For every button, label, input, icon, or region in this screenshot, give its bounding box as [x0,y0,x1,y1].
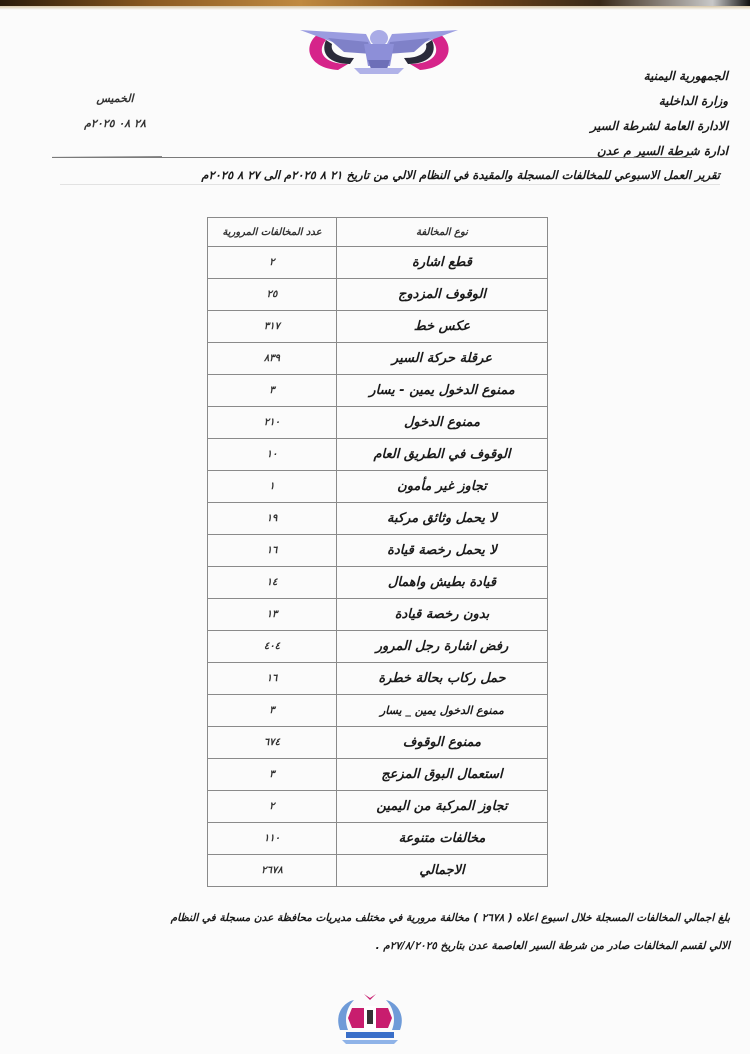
scan-edge-fade [0,6,750,10]
traffic-police-logo-icon [330,990,410,1046]
report-title: تقرير العمل الاسبوعي للمخالفات المسجلة و… [60,166,720,185]
violation-type: قطع اشارة [336,247,547,279]
violation-type: ممنوع الوقوف [336,727,547,759]
violation-count: ١٦ [208,535,337,567]
table-row: ممنوع الدخول٢١٠ [208,407,548,439]
violation-count: ٤٠٤ [208,631,337,663]
table-row: قطع اشارة٢ [208,247,548,279]
summary-line-1: بلغ اجمالي المخالفات المسجلة خلال اسبوع … [30,904,730,932]
issuer-ministry: وزارة الداخلية [508,89,728,114]
table-row: الوقوف في الطريق العام١٠ [208,439,548,471]
table-row: عرقلة حركة السير٨٣٩ [208,343,548,375]
violations-table: نوع المخالفة عدد المخالفات المرورية قطع … [207,217,548,887]
violation-type: مخالفات متنوعة [336,823,547,855]
violation-count: ٢١٠ [208,407,337,439]
table-row: استعمال البوق المزعج٣ [208,759,548,791]
column-header-type: نوع المخالفة [336,218,547,247]
violation-count: ١٩ [208,503,337,535]
table-row: الوقوف المزدوج٢٥ [208,279,548,311]
violation-type: لا يحمل وثائق مركبة [336,503,547,535]
issuer-country: الجمهورية اليمنية [508,64,728,89]
violation-count: ٣ [208,759,337,791]
table-row: تجاوز المركبة من اليمين٢ [208,791,548,823]
violation-count: ١٦ [208,663,337,695]
date-label: ٢٨ ٠٨ ٢٠٢٥م [60,111,170,136]
eagle-emblem-icon [298,24,460,76]
issuer-branch: ادارة شرطة السير م عدن [508,139,728,164]
issuer-department: الادارة العامة لشرطة السير [508,114,728,139]
table-row: قيادة بطيش واهمال١٤ [208,567,548,599]
day-label: الخميس [60,86,170,111]
table-row: لا يحمل وثائق مركبة١٩ [208,503,548,535]
violation-count: ٢ [208,791,337,823]
violation-count: ٦٧٤ [208,727,337,759]
violation-type: رفض اشارة رجل المرور [336,631,547,663]
violation-type: عكس خط [336,311,547,343]
violation-count: ٢ [208,247,337,279]
violation-count: ١١٠ [208,823,337,855]
violation-type: ممنوع الدخول يمين _ يسار [336,695,547,727]
violation-type: بدون رخصة قيادة [336,599,547,631]
table-row: حمل ركاب بحالة خطرة١٦ [208,663,548,695]
violation-count: ٢٥ [208,279,337,311]
table-row: مخالفات متنوعة١١٠ [208,823,548,855]
table-row: ممنوع الدخول يمين _ يسار٣ [208,695,548,727]
summary-line-2: الالي لقسم المخالفات صادر من شرطة السير … [30,932,730,960]
violation-count: ١٠ [208,439,337,471]
table-row: تجاوز غير مأمون١ [208,471,548,503]
violation-type: تجاوز غير مأمون [336,471,547,503]
table-row: رفض اشارة رجل المرور٤٠٤ [208,631,548,663]
violation-type: ممنوع الدخول يمين - يسار [336,375,547,407]
table-row: بدون رخصة قيادة١٣ [208,599,548,631]
violation-count: ١ [208,471,337,503]
violation-type: تجاوز المركبة من اليمين [336,791,547,823]
table-row: عكس خط٣١٧ [208,311,548,343]
violation-count: ٨٣٩ [208,343,337,375]
violation-count: ١٤ [208,567,337,599]
total-count: ٢٦٧٨ [208,855,337,887]
total-label: الاجمالي [336,855,547,887]
violation-count: ٣ [208,695,337,727]
table-row: ممنوع الدخول يمين - يسار٣ [208,375,548,407]
column-header-count: عدد المخالفات المرورية [208,218,337,247]
issuer-block: الجمهورية اليمنية وزارة الداخلية الادارة… [508,64,728,164]
table-total-row: الاجمالي٢٦٧٨ [208,855,548,887]
header-divider [52,157,692,158]
summary-paragraph: بلغ اجمالي المخالفات المسجلة خلال اسبوع … [30,904,730,960]
violation-count: ٣١٧ [208,311,337,343]
violation-type: عرقلة حركة السير [336,343,547,375]
violation-type: حمل ركاب بحالة خطرة [336,663,547,695]
violation-type: لا يحمل رخصة قيادة [336,535,547,567]
violation-type: الوقوف المزدوج [336,279,547,311]
table-row: ممنوع الوقوف٦٧٤ [208,727,548,759]
violation-count: ٣ [208,375,337,407]
violation-type: ممنوع الدخول [336,407,547,439]
violation-type: استعمال البوق المزعج [336,759,547,791]
violation-type: قيادة بطيش واهمال [336,567,547,599]
violation-type: الوقوف في الطريق العام [336,439,547,471]
violation-count: ١٣ [208,599,337,631]
date-block: الخميس ٢٨ ٠٨ ٢٠٢٥م [60,86,170,136]
table-header-row: نوع المخالفة عدد المخالفات المرورية [208,218,548,247]
table-row: لا يحمل رخصة قيادة١٦ [208,535,548,567]
